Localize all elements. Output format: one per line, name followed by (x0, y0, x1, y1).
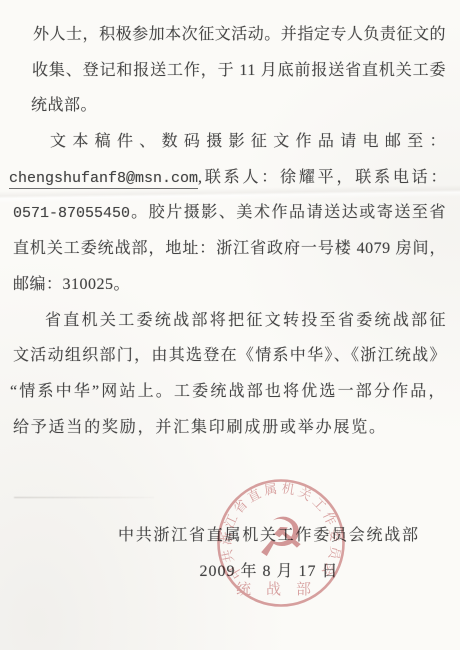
seal-bottom-text: 统战部 (236, 581, 326, 598)
postal-code-line: 邮编：310025。 (13, 267, 460, 303)
body-line-6-rest: 。胶片摄影、美术作品请送达或寄送至省 (130, 204, 446, 221)
body-line-1: 外人士，积极参加本次征文活动。并指定专人负责征文的 (33, 17, 446, 53)
email-text: chengshufanf8@msn.com (9, 170, 198, 189)
body-line-3: 统战部。 (31, 88, 460, 124)
body-line-5: chengshufanf8@msn.com,联系人：徐耀平，联系电话： (9, 160, 447, 196)
signature-org-name: 中共浙江省直属机关工作委员会统战部 (118, 526, 418, 546)
body-line-10: 文活动组织部门，由其选登在《情系中华》、《浙江统战》 (13, 338, 446, 374)
body-line-11: “情系中华”网站上。工委统战部也将优选一部分作品， (10, 374, 445, 410)
body-line-7: 直机关工委统战部，地址：浙江省政府一号楼 4079 房间， (13, 231, 446, 267)
phone-number-text: 0571-87055450 (13, 205, 130, 222)
body-line-4: 文本稿件、数码摄影征文作品请电邮至： (50, 124, 446, 160)
body-line-2: 收集、登记和报送工作，于 11 月底前报送省直机关工委 (32, 53, 446, 89)
document-body: 外人士，积极参加本次征文活动。并指定专人负责征文的 收集、登记和报送工作，于 1… (0, 17, 460, 445)
document-date: 2009 年 8 月 17 日 (154, 562, 384, 582)
body-line-9: 省直机关工委统战部将把征文转投至省委统战部征 (45, 303, 446, 339)
body-line-6: 0571-87055450。胶片摄影、美术作品请送达或寄送至省 (13, 195, 446, 231)
body-line-12: 给予适当的奖励，并汇集印刷成册或举办展览。 (13, 410, 460, 446)
scanned-document-page: 外人士，积极参加本次征文活动。并指定专人负责征文的 收集、登记和报送工作，于 1… (0, 0, 460, 650)
scan-artifact-line (14, 497, 154, 498)
contact-text: ,联系人：徐耀平，联系电话： (198, 169, 447, 186)
